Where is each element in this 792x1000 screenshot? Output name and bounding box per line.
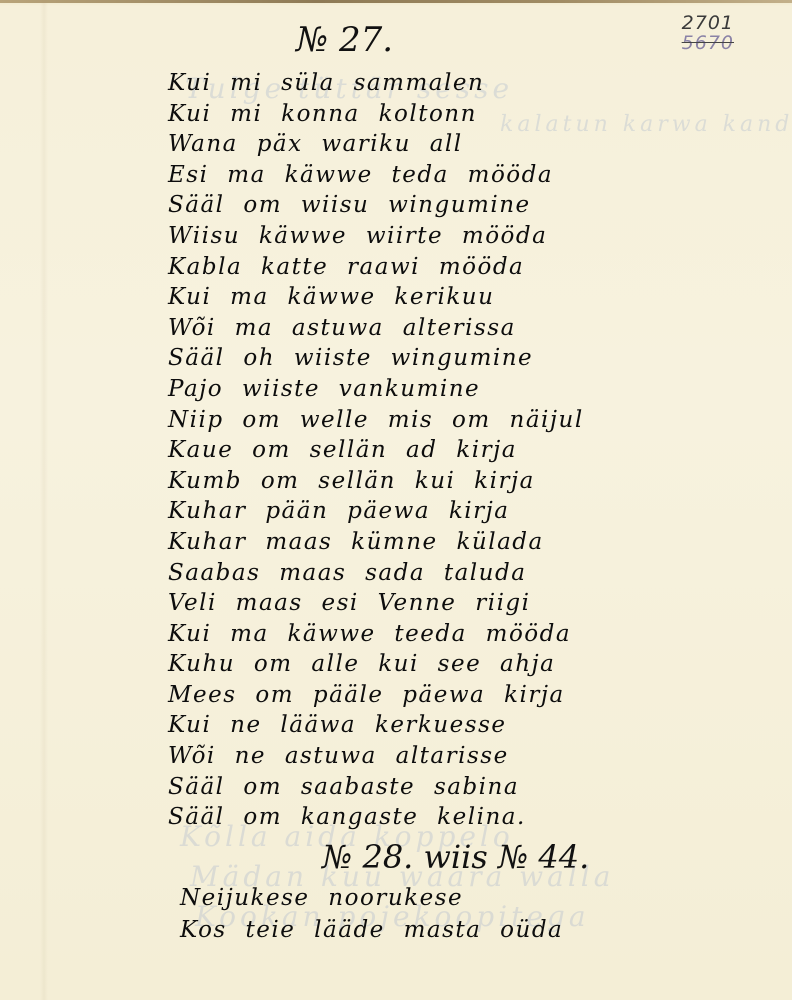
archive-number-current: 2701	[682, 12, 734, 34]
page-top-edge	[0, 0, 792, 3]
verse-line: Kos teie lääde masta oüda	[180, 914, 563, 946]
verse-line: Kui mi süla sammalen	[168, 68, 584, 99]
verse-line: Mees om pääle päewa kirja	[168, 680, 584, 711]
verse-line: Pajo wiiste vankumine	[168, 374, 584, 405]
page-fold-shade	[40, 0, 48, 1000]
archive-number-struck: 5670	[682, 32, 734, 54]
song-1-verse: Kui mi süla sammalen Kui mi konna kolton…	[168, 68, 584, 833]
verse-line: Kui ma käwwe teeda mööda	[168, 619, 584, 650]
verse-line: Esi ma käwwe teda mööda	[168, 160, 584, 191]
song-1-heading: № 27.	[296, 20, 393, 60]
verse-line: Kuhu om alle kui see ahja	[168, 649, 584, 680]
verse-line: Niip om welle mis om näijul	[168, 405, 584, 436]
verse-line: Wõi ma astuwa alterissa	[168, 313, 584, 344]
verse-line: Kabla katte raawi mööda	[168, 252, 584, 283]
verse-line: Kaue om sellän ad kirja	[168, 435, 584, 466]
verse-line: Veli maas esi Venne riigi	[168, 588, 584, 619]
verse-line: Saabas maas sada taluda	[168, 558, 584, 589]
manuscript-page: Tulge tüttär sesse kalatun karwa kandu K…	[0, 0, 792, 1000]
verse-line: Kumb om sellän kui kirja	[168, 466, 584, 497]
verse-line: Sääl om wiisu wingumine	[168, 190, 584, 221]
archive-number: 2701 5670	[682, 12, 734, 54]
verse-line: Wana päx wariku all	[168, 129, 584, 160]
verse-line: Sääl oh wiiste wingumine	[168, 343, 584, 374]
verse-line: Kui ma käwwe kerikuu	[168, 282, 584, 313]
song-2-heading: № 28. wiis № 44.	[322, 838, 589, 876]
verse-line: Sääl om saabaste sabina	[168, 772, 584, 803]
verse-line: Wõi ne astuwa altarisse	[168, 741, 584, 772]
verse-line: Kuhar maas kümne külada	[168, 527, 584, 558]
verse-line: Kui ne lääwa kerkuesse	[168, 710, 584, 741]
song-2-verse: Neijukese noorukese Kos teie lääde masta…	[180, 882, 563, 946]
verse-line: Wiisu käwwe wiirte mööda	[168, 221, 584, 252]
verse-line: Sääl om kangaste kelina.	[168, 802, 584, 833]
verse-line: Kui mi konna koltonn	[168, 99, 584, 130]
verse-line: Kuhar pään päewa kirja	[168, 496, 584, 527]
verse-line: Neijukese noorukese	[180, 882, 563, 914]
